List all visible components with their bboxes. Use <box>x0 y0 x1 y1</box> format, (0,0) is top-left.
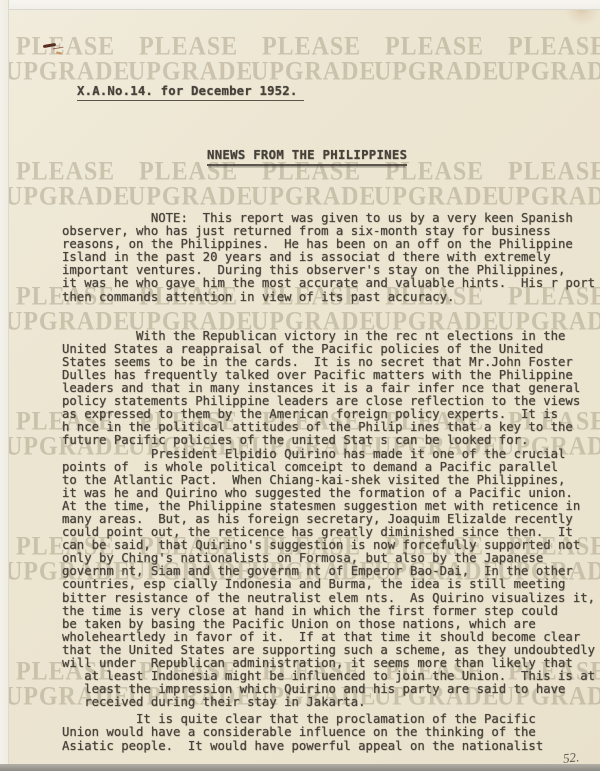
text-line: many areas. But, as his foreign secretar… <box>62 513 600 526</box>
text-line: important ventures. During this observer… <box>62 264 600 277</box>
text-line: as expressed to them by the American for… <box>62 408 600 421</box>
issue-number-line: X.A.No.14. for December 1952. <box>77 84 304 101</box>
text-line: could point out, the reticence has great… <box>62 526 600 539</box>
text-line: it was he and Quirino who suggested the … <box>62 487 600 500</box>
text-line: leaders and that in many instances it is… <box>62 382 600 395</box>
document-title: NNEWS FROM THE PHILIPPINES <box>207 148 407 166</box>
text-line: the time is very close at hand in which … <box>62 605 600 618</box>
text-line: future Pacific policies of the united St… <box>62 434 600 447</box>
text-line: Union would have a considerable influenc… <box>62 726 600 739</box>
text-line: Island in the past 20 years and is assoc… <box>62 251 600 264</box>
text-line: President Elpidio Quirino has made it on… <box>62 448 600 461</box>
text-line: then commands attention in view of its p… <box>62 291 600 304</box>
paragraph-quirino-pacific-union: President Elpidio Quirino has made it on… <box>62 448 600 710</box>
text-line: it was he who gave him the most accurate… <box>62 277 600 290</box>
text-line: Asiatic people. It would have powerful a… <box>62 740 600 753</box>
body-text: NOTE: This report was given to us by a v… <box>62 212 600 753</box>
text-line: h nce in the political attitudes of the … <box>62 421 600 434</box>
page-number: 52. <box>562 749 580 767</box>
text-line: At the time, the Philippine statesmen su… <box>62 500 600 513</box>
text-line: to the Atlantic Pact. When Chiang-kai-sh… <box>62 474 600 487</box>
text-line: only by Ching's nationalists on Formosa,… <box>62 552 600 565</box>
text-line: States seems to be in the cards. It is n… <box>62 356 600 369</box>
paragraph-proclamation-influence: It is quite clear that the proclamation … <box>62 713 600 752</box>
text-line: With the Republican victory in the rec n… <box>62 330 600 343</box>
text-line: wholeheartledy in favor of it. If at tha… <box>62 631 600 644</box>
text-line: policy statements Philippine leaders are… <box>62 395 600 408</box>
text-line: will under Republican administration, it… <box>62 657 600 670</box>
text-line: It is quite clear that the proclamation … <box>62 713 600 726</box>
scanned-paper: PLEASEPLEASEPLEASEPLEASEPLEASEUPGRADEUPG… <box>0 0 600 771</box>
paragraph-republican-victory: With the Republican victory in the rec n… <box>62 330 600 448</box>
paragraph-note: NOTE: This report was given to us by a v… <box>62 212 600 304</box>
text-line: least the impression which Quirino and h… <box>62 683 600 696</box>
document-content: X.A.No.14. for December 1952. NNEWS FROM… <box>0 0 600 771</box>
text-line: be taken by basing the Pacific Union on … <box>62 618 600 631</box>
text-line: countries, esp cially Indonesia and Burm… <box>62 578 600 591</box>
text-line: bitter resistance of the neutralist elem… <box>62 592 600 605</box>
text-line: governm nt, Siam and the governm nt of E… <box>62 565 600 578</box>
text-line: observer, who has just returned from a s… <box>62 225 600 238</box>
text-line: can be said, that Quirino's suggestion i… <box>62 539 600 552</box>
text-line: NOTE: This report was given to us by a v… <box>62 212 600 225</box>
text-line: points of is whole political comceipt to… <box>62 461 600 474</box>
text-line: United States a reappraisal of the Pacif… <box>62 343 600 356</box>
text-line: Dulles has frequently talked over Pacifi… <box>62 369 600 382</box>
text-line: that the United States are supporting su… <box>62 644 600 657</box>
text-line: received during their stay in Jakarta. <box>62 696 600 709</box>
text-line: reasons, on the Philippines. He has been… <box>62 238 600 251</box>
text-line: at least Indonesia might be influenced t… <box>62 670 600 683</box>
